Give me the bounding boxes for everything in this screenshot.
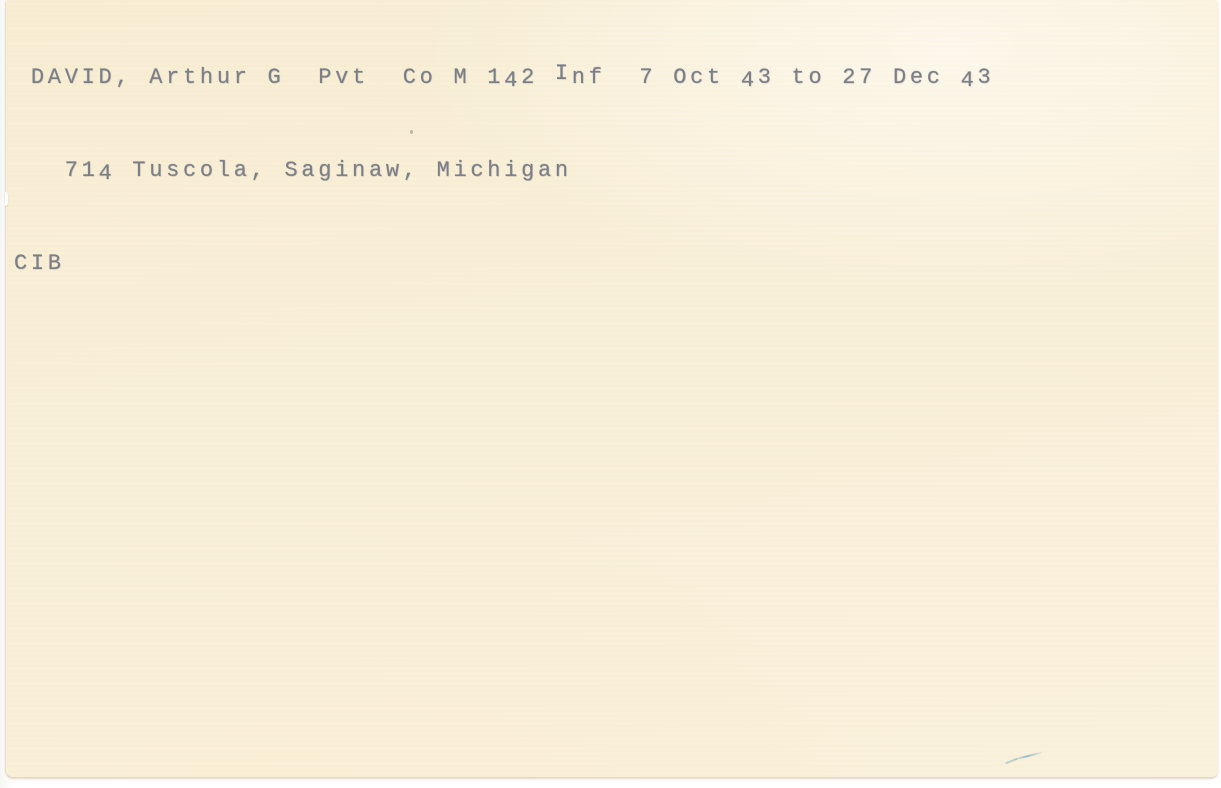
scanned-document-page: { "document": { "kind": "Typed military … (0, 0, 1221, 788)
award-notation-line: CIB (14, 248, 994, 279)
typed-text-block: DAVID, Arthur G Pvt Co M 142 Inf 7 Oct 4… (14, 0, 994, 341)
service-record-line: DAVID, Arthur G Pvt Co M 142 Inf 7 Oct 4… (14, 62, 994, 93)
address-line: 714 Tuscola, Saginaw, Michigan (14, 155, 994, 186)
index-card: DAVID, Arthur G Pvt Co M 142 Inf 7 Oct 4… (6, 0, 1218, 777)
paper-speck (410, 130, 413, 134)
card-edge-notch (5, 192, 8, 206)
pencil-mark (1005, 751, 1047, 765)
